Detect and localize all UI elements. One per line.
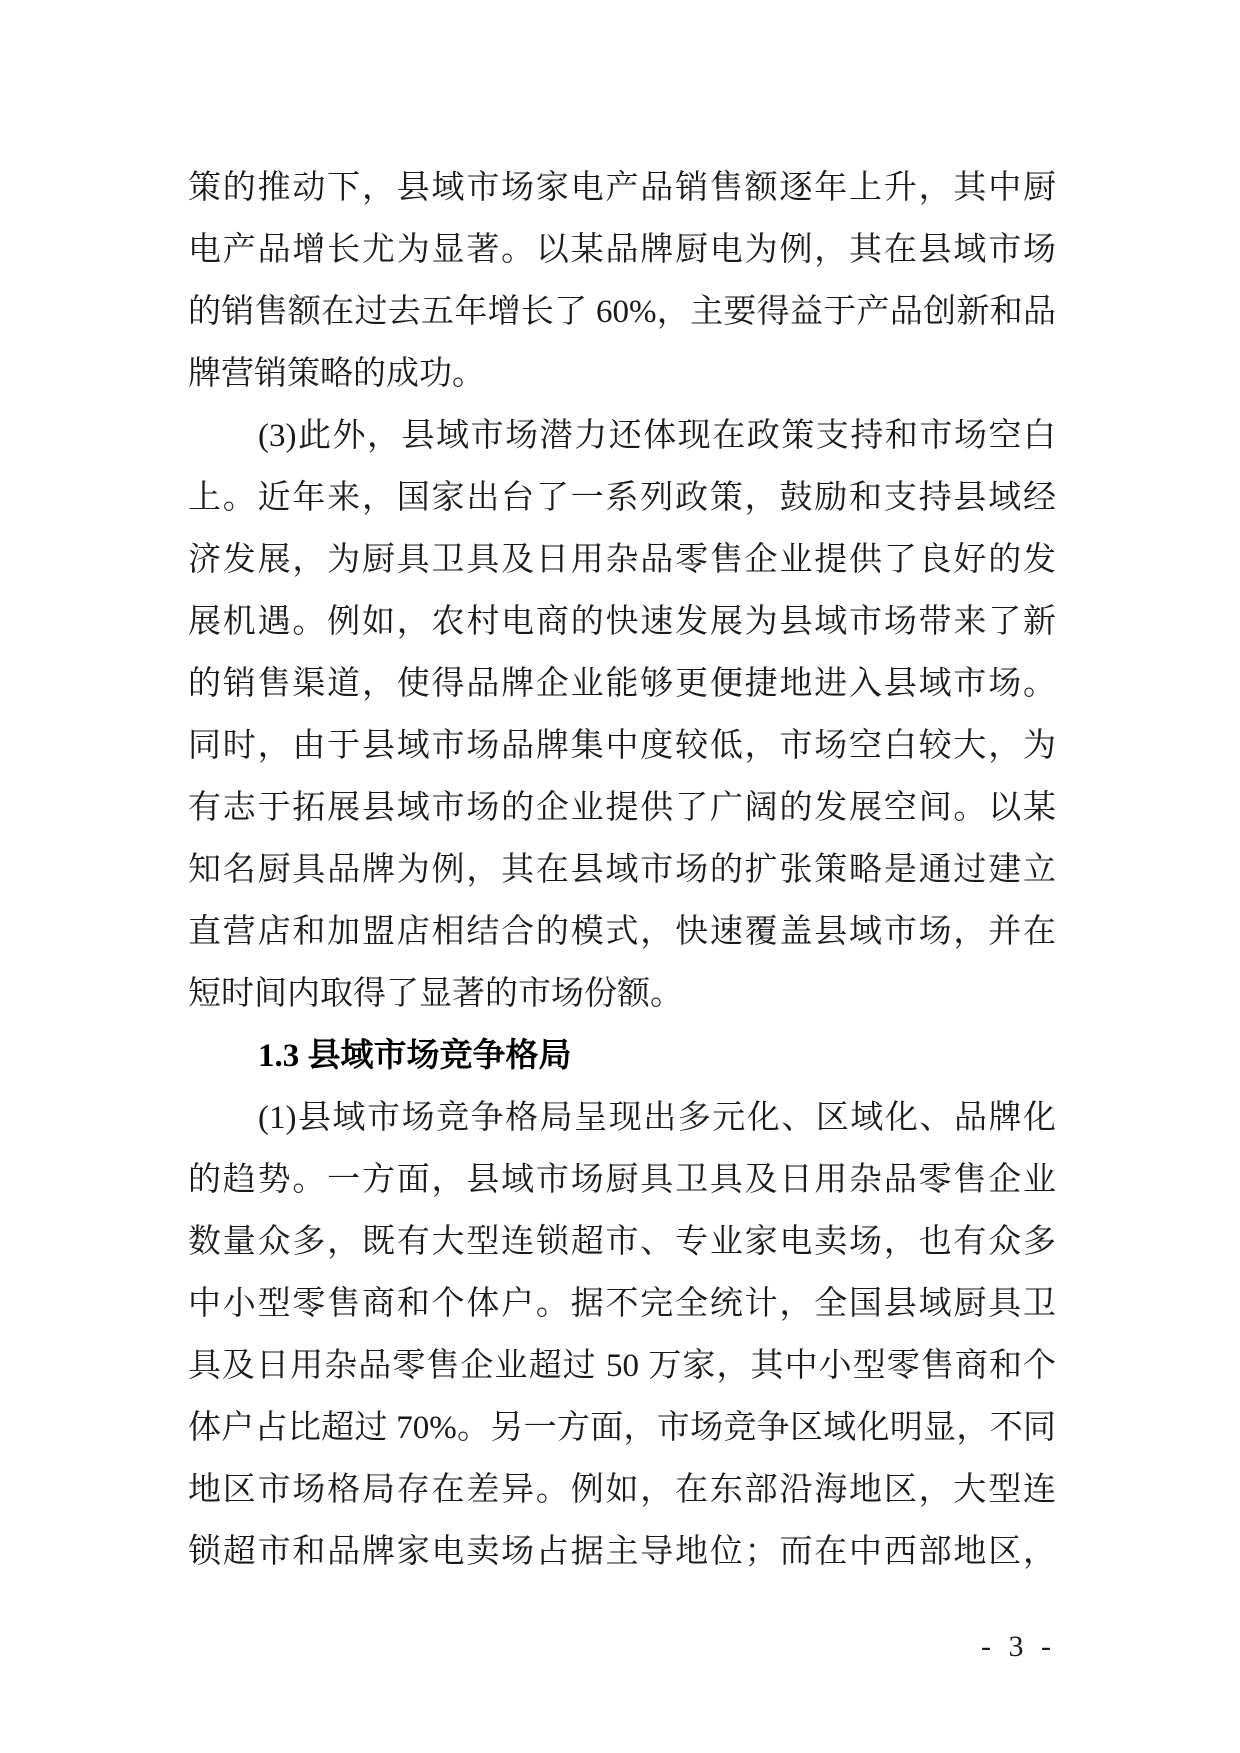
text-line: 具及日用杂品零售企业超过 50 万家，其中小型零售商和个 — [188, 1335, 1056, 1397]
text-line: 牌营销策略的成功。 — [188, 343, 1056, 405]
text-line: (3)此外，县域市场潜力还体现在政策支持和市场空白 — [188, 405, 1056, 467]
text-line: 电产品增长尤为显著。以某品牌厨电为例，其在县域市场 — [188, 219, 1056, 281]
section-heading: 1.3 县域市场竞争格局 — [188, 1025, 1056, 1087]
text-line: (1)县域市场竞争格局呈现出多元化、区域化、品牌化 — [188, 1087, 1056, 1149]
text-line: 同时，由于县域市场品牌集中度较低，市场空白较大，为 — [188, 715, 1056, 777]
text-line: 策的推动下，县域市场家电产品销售额逐年上升，其中厨 — [188, 157, 1056, 219]
document-body: 策的推动下，县域市场家电产品销售额逐年上升，其中厨电产品增长尤为显著。以某品牌厨… — [188, 157, 1056, 1583]
text-line: 有志于拓展县域市场的企业提供了广阔的发展空间。以某 — [188, 777, 1056, 839]
text-line: 上。近年来，国家出台了一系列政策，鼓励和支持县域经 — [188, 467, 1056, 529]
page-number: - 3 - — [981, 1630, 1056, 1664]
text-line: 知名厨具品牌为例，其在县域市场的扩张策略是通过建立 — [188, 839, 1056, 901]
text-line: 体户占比超过 70%。另一方面，市场竞争区域化明显，不同 — [188, 1397, 1056, 1459]
text-line: 直营店和加盟店相结合的模式，快速覆盖县域市场，并在 — [188, 901, 1056, 963]
text-line: 中小型零售商和个体户。据不完全统计，全国县域厨具卫 — [188, 1273, 1056, 1335]
text-line: 展机遇。例如，农村电商的快速发展为县域市场带来了新 — [188, 591, 1056, 653]
text-line: 的销售渠道，使得品牌企业能够更便捷地进入县域市场。 — [188, 653, 1056, 715]
text-line: 锁超市和品牌家电卖场占据主导地位；而在中西部地区， — [188, 1521, 1056, 1583]
text-line: 的销售额在过去五年增长了 60%，主要得益于产品创新和品 — [188, 281, 1056, 343]
text-line: 济发展，为厨具卫具及日用杂品零售企业提供了良好的发 — [188, 529, 1056, 591]
text-line: 数量众多，既有大型连锁超市、专业家电卖场，也有众多 — [188, 1211, 1056, 1273]
text-line: 地区市场格局存在差异。例如，在东部沿海地区，大型连 — [188, 1459, 1056, 1521]
text-line: 的趋势。一方面，县域市场厨具卫具及日用杂品零售企业 — [188, 1149, 1056, 1211]
text-line: 短时间内取得了显著的市场份额。 — [188, 963, 1056, 1025]
document-page: 策的推动下，县域市场家电产品销售额逐年上升，其中厨电产品增长尤为显著。以某品牌厨… — [0, 0, 1240, 1753]
